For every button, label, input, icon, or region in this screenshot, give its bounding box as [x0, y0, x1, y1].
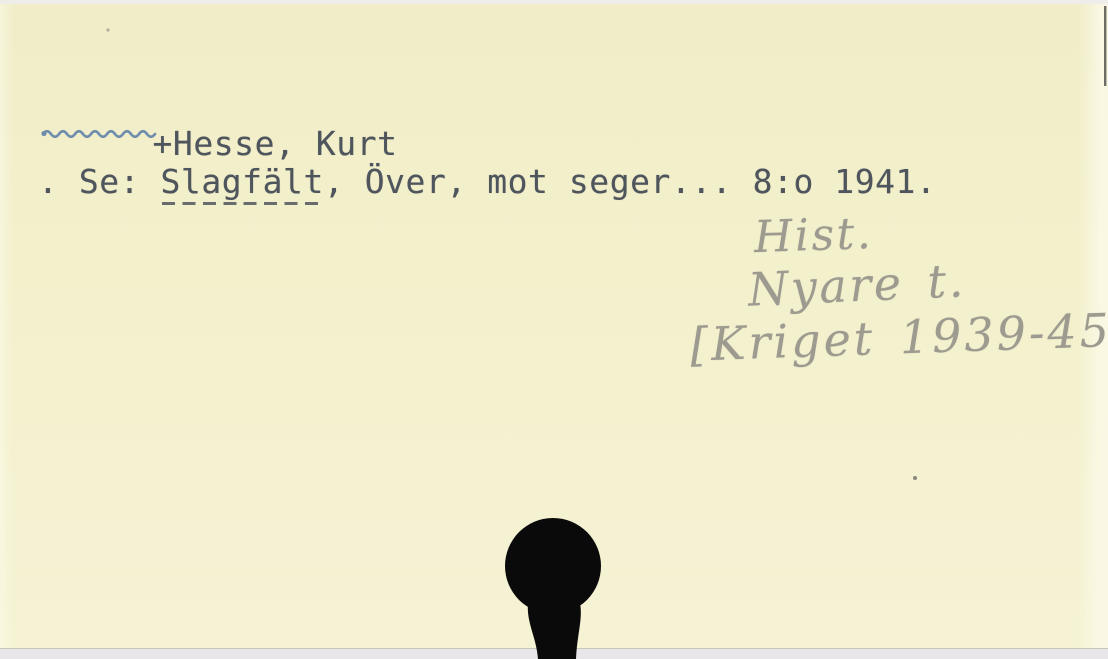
index-card: +Hesse, Kurt . Se: Slagfält, Över, mot s… [0, 0, 1108, 649]
pencil-annotation-period: Nyare t. [747, 253, 967, 316]
heading-text: +Hesse, Kurt [153, 124, 398, 163]
card-top-edge [0, 0, 1108, 5]
reference-prefix: . Se: [38, 162, 161, 201]
reference-title: Slagfält [161, 165, 324, 199]
reference-line: . Se: Slagfält, Över, mot seger... 8:o 1… [38, 165, 936, 199]
catalog-card-scan: +Hesse, Kurt . Se: Slagfält, Över, mot s… [0, 0, 1108, 659]
reference-suffix: , Över, mot seger... 8:o 1941. [324, 162, 937, 201]
wavy-underline-icon [41, 126, 159, 140]
pencil-annotation-subject: Hist. [753, 208, 874, 263]
